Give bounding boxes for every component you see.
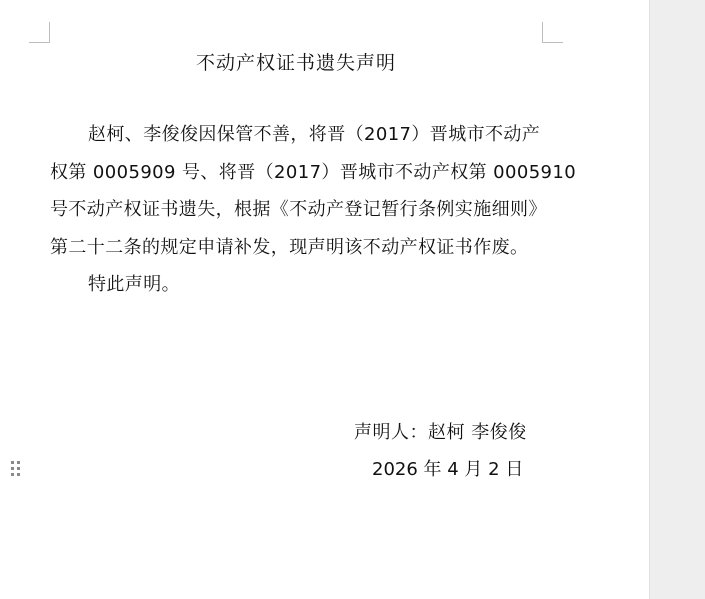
margin-corner-top-right [542, 22, 563, 43]
closing-statement: 特此声明。 [50, 271, 550, 309]
document-title: 不动产权证书遗失声明 [50, 48, 542, 75]
drag-handle-icon[interactable] [11, 461, 20, 476]
date-line: 2026 年 4 月 2 日 [372, 455, 523, 481]
body-line-1: 赵柯、李俊俊因保管不善，将晋（2017）晋城市不动产 [50, 121, 550, 159]
body-line-3: 号不动产权证书遗失，根据《不动产登记暂行条例实施细则》 [50, 196, 550, 234]
document-page[interactable]: 不动产权证书遗失声明 赵柯、李俊俊因保管不善，将晋（2017）晋城市不动产 权第… [0, 0, 649, 599]
signature-line: 声明人：赵柯 李俊俊 [354, 418, 527, 444]
document-body: 赵柯、李俊俊因保管不善，将晋（2017）晋城市不动产 权第 0005909 号、… [50, 121, 550, 309]
document-viewport: 不动产权证书遗失声明 赵柯、李俊俊因保管不善，将晋（2017）晋城市不动产 权第… [0, 0, 705, 599]
margin-corner-top-left [29, 22, 50, 43]
side-gutter [649, 0, 705, 599]
body-line-2: 权第 0005909 号、将晋（2017）晋城市不动产权第 0005910 [50, 159, 550, 197]
body-line-4: 第二十二条的规定申请补发，现声明该不动产权证书作废。 [50, 234, 550, 272]
